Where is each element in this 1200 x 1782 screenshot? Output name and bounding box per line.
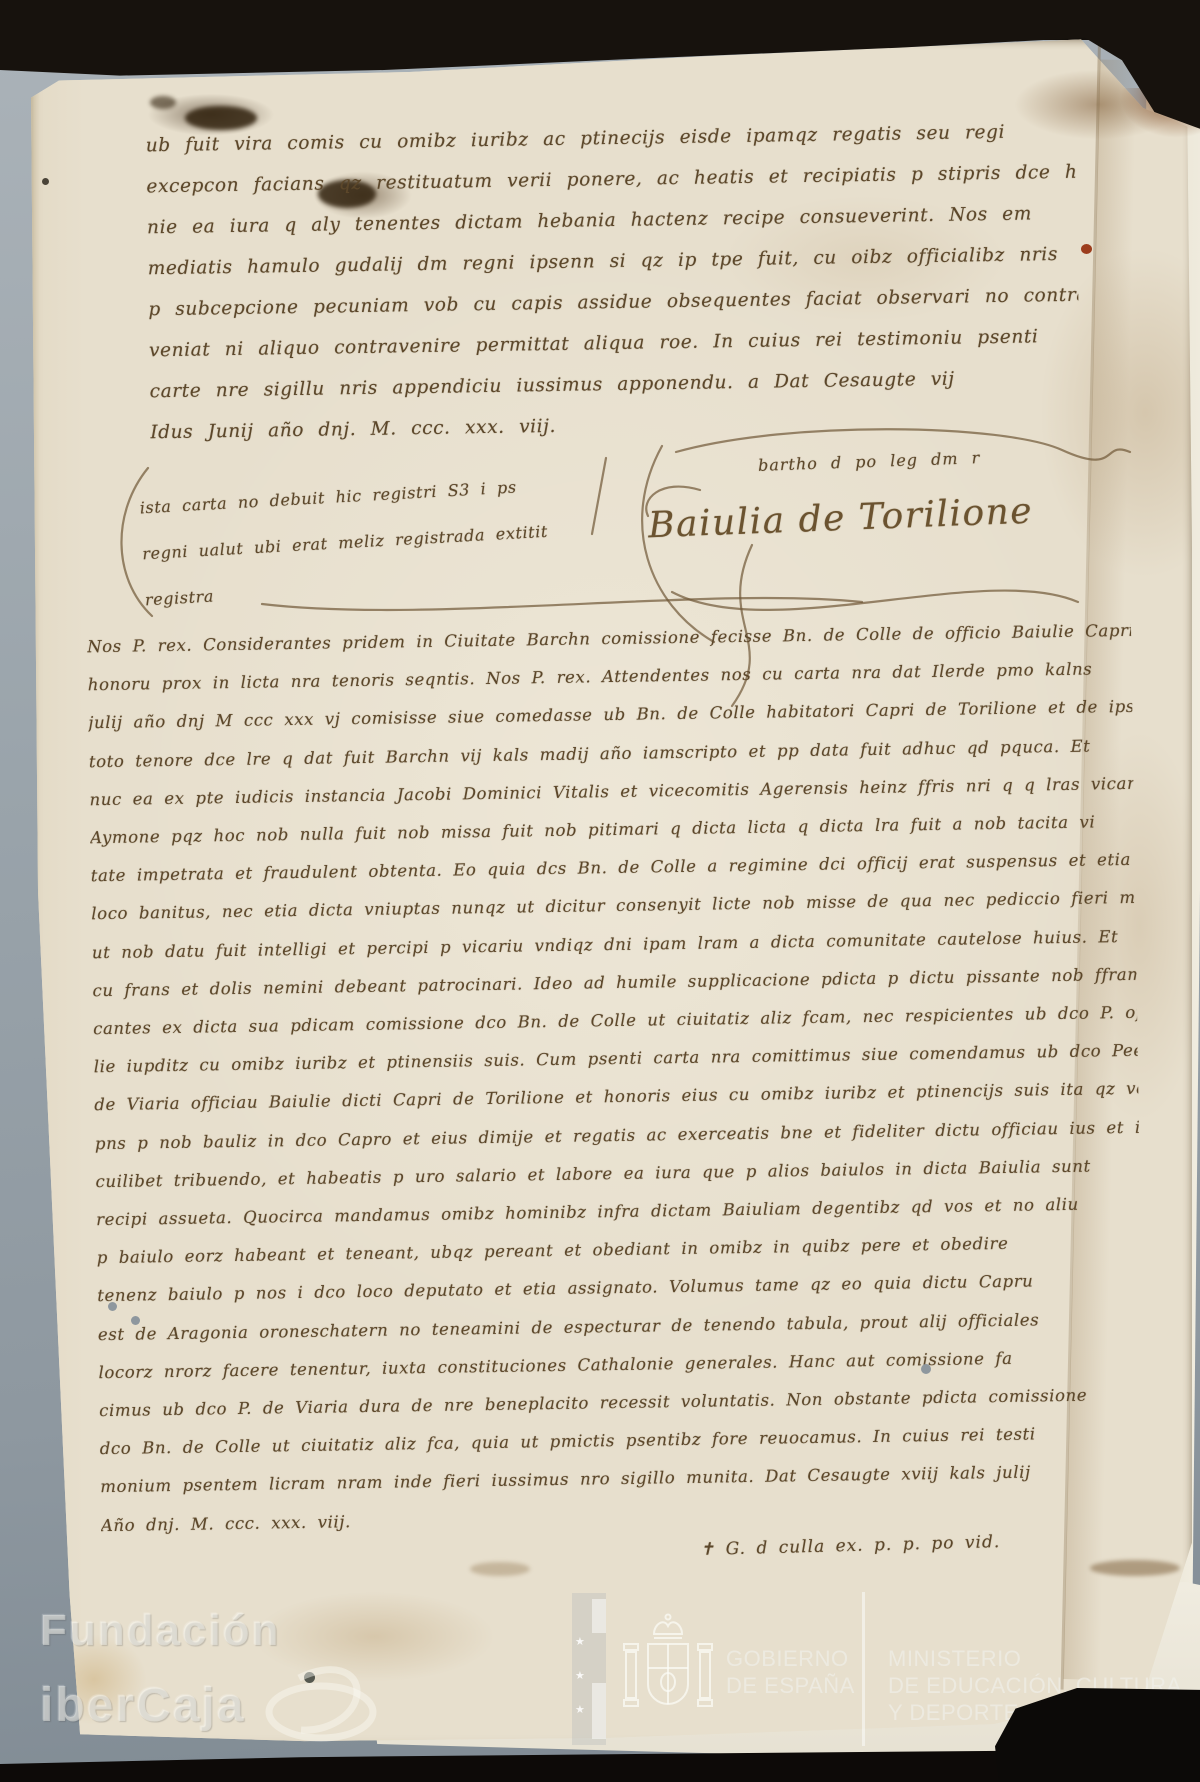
star-icon: ★	[575, 1635, 585, 1648]
ibercaja-logo-icon	[261, 1660, 381, 1750]
eu-flag-bar: ★ ★ ★	[572, 1593, 606, 1745]
ibercaja-watermark-line2: iberCaja	[40, 1678, 245, 1733]
scanned-manuscript-page: ub fuit vira comis cu omibz iuribz ac pt…	[0, 0, 1200, 1782]
star-icon: ★	[575, 1703, 585, 1716]
ministerio-line1: MINISTERIO	[888, 1645, 1182, 1672]
worm-hole	[921, 1364, 931, 1374]
worm-hole	[131, 1316, 140, 1325]
stain	[470, 1562, 530, 1576]
ink-blot	[150, 96, 176, 109]
commission-text-block: Nos P. rex. Considerantes pridem in Ciui…	[87, 612, 1145, 1545]
stain	[1090, 1560, 1180, 1576]
closing-text-block: ub fuit vira comis cu omibz iuribz ac pt…	[145, 111, 1080, 454]
ibercaja-watermark-line1: Fundación	[40, 1606, 381, 1656]
spain-coat-of-arms-icon	[620, 1612, 716, 1724]
gobierno-line1: GOBIERNO	[726, 1645, 855, 1672]
flag-notch	[592, 1683, 606, 1739]
ibercaja-watermark: Fundación iberCaja	[40, 1606, 381, 1750]
watermark-divider-line	[862, 1592, 865, 1746]
star-icon: ★	[575, 1669, 585, 1682]
gobierno-line2: DE ESPAÑA	[726, 1672, 855, 1699]
worm-hole	[42, 178, 49, 185]
flag-notch	[592, 1599, 606, 1633]
worm-hole	[108, 1302, 117, 1311]
margin-note-block: ista carta no debuit hic registri S3 i p…	[139, 459, 626, 624]
gobierno-watermark-text: GOBIERNO DE ESPAÑA	[726, 1645, 855, 1699]
red-seal-dot	[1081, 244, 1092, 254]
